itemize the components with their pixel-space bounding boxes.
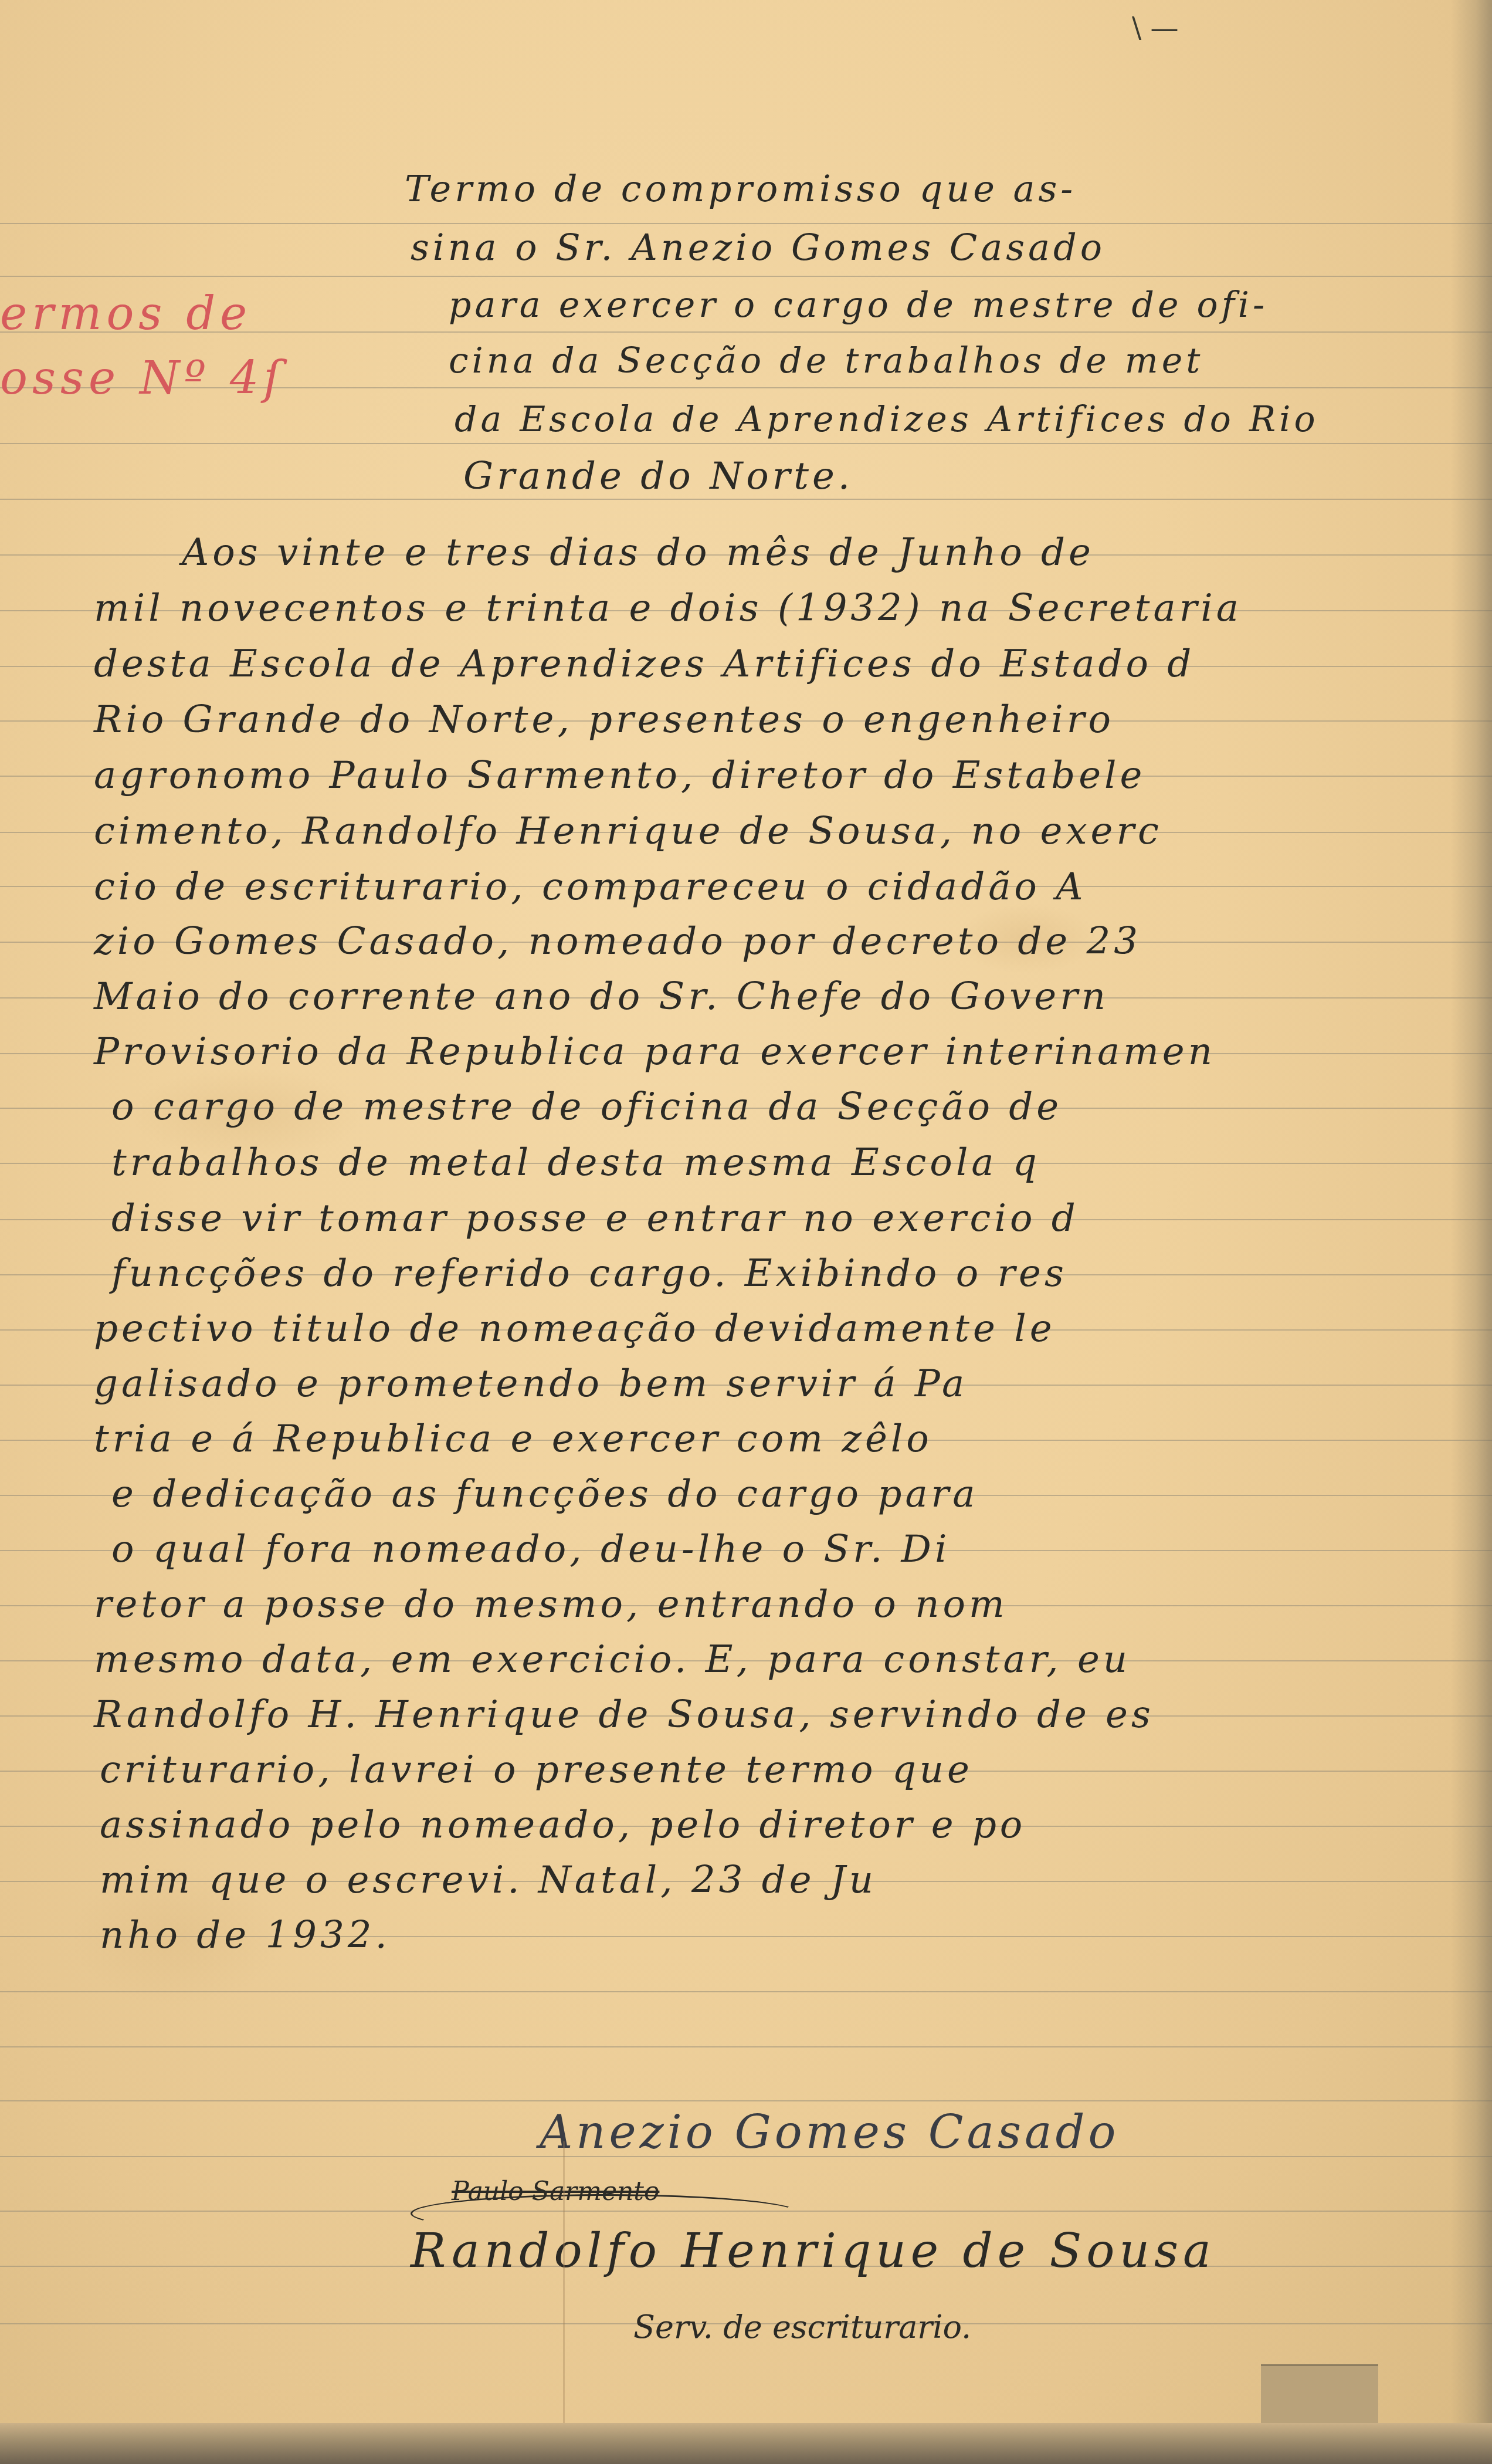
heading-line: Grande do Norte. [463,455,853,498]
body-line: Aos vinte e tres dias do mês de Junho de [182,531,1094,574]
ruled-line [0,276,1492,277]
heading-line: da Escola de Aprendizes Artifices do Rio [455,399,1319,440]
body-line: Randolfo H. Henrique de Sousa, servindo … [94,1693,1154,1737]
ruled-line [0,2100,1492,2101]
body-line: mim que o escrevi. Natal, 23 de Ju [100,1859,877,1902]
body-line: Provisorio da Republica para exercer int… [94,1030,1216,1074]
paper-tear [1261,2364,1378,2431]
body-line: galisado e prometendo bem servir á Pa [94,1362,968,1406]
top-pen-mark: \ — [1132,12,1178,45]
body-line: e dedicação as funcções do cargo para [111,1473,978,1516]
body-line: criturario, lavrei o presente termo que [100,1748,973,1792]
heading-line: cina da Secção de trabalhos de met [449,340,1203,381]
body-line: retor a posse do mesmo, entrando o nom [94,1583,1008,1626]
clerk-title: Serv. de escriturario. [633,2309,971,2345]
margin-note-line2: osse Nº 4ſ [0,352,285,405]
body-line: Rio Grande do Norte, presentes o engenhe… [94,698,1114,742]
body-line: tria e á Republica e exercer com zêlo [94,1417,933,1461]
body-line: cimento, Randolfo Henrique de Sousa, no … [94,810,1162,853]
ruled-line [0,443,1492,444]
ruled-line [0,1991,1492,1992]
ruled-line [0,499,1492,500]
body-line: o cargo de mestre de oficina da Secção d… [111,1085,1062,1129]
clerk-signature: Randolfo Henrique de Sousa [411,2223,1216,2278]
manuscript-page: \ — ermos de osse Nº 4ſ Termo de comprom… [0,0,1492,2464]
ruled-line [0,223,1492,224]
body-line: trabalhos de metal desta mesma Escola q [111,1141,1040,1184]
body-line: funcções do referido cargo. Exibindo o r… [111,1252,1067,1295]
body-line: pectivo titulo de nomeação devidamente l… [94,1307,1056,1351]
body-line: o qual fora nomeado, deu-lhe o Sr. Di [111,1528,950,1571]
appointee-signature: Anezio Gomes Casado [540,2106,1119,2159]
ruled-line [0,2046,1492,2047]
body-line: mesmo data, em exercicio. E, para consta… [94,1638,1131,1681]
body-line: mil novecentos e trinta e dois (1932) na… [94,587,1242,630]
paper-crease [563,2141,565,2464]
body-line: desta Escola de Aprendizes Artifices do … [94,642,1195,686]
body-line: assinado pelo nomeado, pelo diretor e po [100,1803,1026,1847]
heading-line: sina o Sr. Anezio Gomes Casado [411,226,1106,269]
body-line: disse vir tomar posse e entrar no exerci… [111,1197,1079,1240]
body-line: cio de escriturario, compareceu o cidadã… [94,865,1086,909]
bottom-edge-damage [0,2423,1492,2464]
margin-note-line1: ermos de [0,287,252,340]
body-line: nho de 1932. [100,1914,391,1957]
body-line: Maio do corrente ano do Sr. Chefe do Gov… [94,975,1109,1018]
body-line: agronomo Paulo Sarmento, diretor do Esta… [94,754,1145,797]
heading-line: para exercer o cargo de mestre de ofi- [449,285,1268,326]
binding-spine-shadow [1451,0,1492,2464]
body-line: zio Gomes Casado, nomeado por decreto de… [94,920,1141,963]
heading-line: Termo de compromisso que as- [405,167,1076,210]
